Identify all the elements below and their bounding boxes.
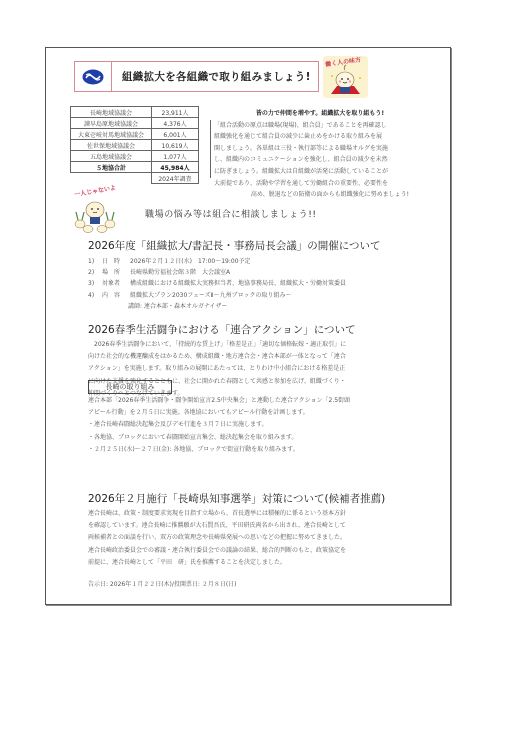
item-label: 対象者 [102, 278, 130, 289]
body-line: 連合長崎政治委員会での審議・連合執行委員会での議論の結果、総合的判断のもと、政策… [88, 545, 440, 557]
body-line: 両候補者との面談を行い、双方の政策理念や長崎県発展への思いなどの把握に努めてきま… [88, 532, 440, 544]
table-row: 佐世保地域協議会 10,619人 [71, 140, 199, 151]
body-line: アクション」を実施します。取り組みの展開にあたっては、とりわけ中小組合における格… [88, 363, 440, 375]
list-item: 3) 対象者 構成組織における組織拡大実務担当者、地協事務局長、組織拡大・労働対… [88, 278, 346, 289]
recruitment-section: 皆の力で仲間を増やす。組織拡大を取り組もう! 「組合活動の原点は職場(現場)、組… [214, 108, 446, 201]
recruitment-line: し、組織内のコミュニケーションを強化し、組合員の減少を未然 [214, 154, 446, 166]
election-dates: 告示日: 2026年１月２２日(木)/投開票日: ２月８日(日) [88, 579, 237, 588]
region-name: 佐世保地域協議会 [71, 140, 152, 151]
body-line: ・２月２５日(水)～２７日(金): 各地協、ブロックで街宣行動を取り組みます。 [88, 444, 440, 456]
member-count: 1,077人 [152, 151, 199, 162]
table-row: 長崎地域協議会 23,911人 [71, 107, 199, 118]
item-number: 2) [88, 267, 102, 278]
item-number: 4) [88, 290, 102, 301]
member-count: 10,619人 [152, 140, 199, 151]
mascot-illustration-top: 働く人の味方 [323, 56, 368, 98]
recruitment-line: 大前提であり、活動や学習を通して労働組合の重要性、必要性を [214, 178, 446, 190]
meeting-title: 2026年度「組織拡大/書記長・事務局長会議」の開催について [88, 238, 381, 253]
election-body: 連合長崎は、政策・制度要求実現を目指す立場から、首長選挙には積極的に係るという基… [88, 508, 440, 569]
item-number: 3) [88, 278, 102, 289]
item-text: 長崎県勤労福祉会館３階 大会議室A [130, 267, 230, 278]
logo-cell [75, 62, 112, 91]
banner: 組織拡大を各組織で取り組みましょう! [74, 61, 319, 92]
total-label: ５地協合計 [71, 162, 152, 173]
recruitment-line: 高め、脱退などの防衛の面からも組織強化に努めましょう! [214, 189, 446, 201]
region-name: 大東壱岐対馬地域協議会 [71, 129, 152, 140]
region-name: 諫早島原地域協議会 [71, 118, 152, 129]
rengo-logo-icon [82, 69, 104, 85]
item-label: 日 時 [102, 256, 130, 267]
recruitment-line: 組織強化を通じて組合員の減少に歯止めをかける取り組みを展 [214, 131, 446, 143]
table-row: 五島地域協議会 1,077人 [71, 151, 199, 162]
nagasaki-body: 連合本部「2026春季生活闘争・闘争開始宣言2.5中央集会」と連動した連合アクシ… [88, 395, 440, 456]
member-count: 4,376人 [152, 118, 199, 129]
body-line: 向けた社会的な機運醸成をはかるため、構成組織・地方連合会・連合本部が一体となって… [88, 351, 440, 363]
region-name: 長崎地域協議会 [71, 107, 152, 118]
item-number: 1) [88, 256, 102, 267]
document-page: 組織拡大を各組織で取り組みましょう! 働く人の味方 長崎地域協議会 23,911… [45, 47, 451, 605]
body-line: 前提に、連合長崎として「平田 研」氏を推薦することを決定しました。 [88, 557, 440, 569]
list-item: 2) 場 所 長崎県勤労福祉会館３階 大会議室A [88, 267, 346, 278]
body-line: 連合長崎は、政策・制度要求実現を目指す立場から、首長選挙には積極的に係るという基… [88, 508, 440, 520]
recruitment-line: に防ぎましょう。組織拡大は自組織が活発に活動していることが [214, 166, 446, 178]
mascot-group-icon [70, 186, 120, 234]
table-row: 大東壱岐対馬地域協議会 6,001人 [71, 129, 199, 140]
table-total-row: ５地協合計 45,984人 [71, 162, 199, 173]
total-count: 45,984人 [152, 162, 199, 173]
list-item: 1) 日 時 2026年２月１２日(水) 17:00～19:00予定 [88, 256, 346, 267]
recruitment-line: 開しましょう。各単組は三役・執行部等による職場オルグを実施 [214, 143, 446, 155]
divider [210, 120, 211, 178]
table-row: 諫早島原地域協議会 4,376人 [71, 118, 199, 129]
lecturer: 講師: 連合本部・森本オルガナイザー [88, 301, 346, 312]
body-line: ・連合長崎春闘総決起集会及びデモ行進を３月７日に実施します。 [88, 419, 440, 431]
nagasaki-box-label: 長崎の取り組み [88, 380, 172, 394]
body-line: アピール行動」を２月５日に実施。各地協においてもアピール行動を計画します。 [88, 407, 440, 419]
body-line: ・各地協、ブロックにおいて春闘開始宣言集会、総決起集会を取り組みます。 [88, 432, 440, 444]
banner-title: 組織拡大を各組織で取り組みましょう! [112, 62, 318, 91]
recruitment-heading: 皆の力で仲間を増やす。組織拡大を取り組もう! [214, 108, 446, 120]
body-line: を確認しています。連合長崎に推薦願が大石賢吾氏、平田研氏両名から出され、連合長崎… [88, 520, 440, 532]
mascot-illustration-bottom: 一人じゃないよ [70, 186, 120, 234]
list-item: 4) 内 容 組織拡大プラン2030フェーズⅡ～九州ブロックの取り組み～ [88, 290, 346, 301]
survey-year-row: 2024年調査 [71, 173, 199, 184]
item-text: 組織拡大プラン2030フェーズⅡ～九州ブロックの取り組み～ [130, 290, 292, 301]
shunto-title: 2026春季生活闘争における「連合アクション」について [88, 322, 356, 337]
empty-cell [71, 173, 152, 184]
item-label: 場 所 [102, 267, 130, 278]
mascot-icon [323, 56, 368, 98]
item-text: 構成組織における組織拡大実務担当者、地協事務局長、組織拡大・労働対策委員 [130, 278, 346, 289]
body-line: 2026春季生活闘争において、「持続的な賃上げ」「格差是正」「適切な価格転嫁・適… [88, 339, 440, 351]
survey-note: 2024年調査 [152, 173, 199, 184]
membership-table: 長崎地域協議会 23,911人 諫早島原地域協議会 4,376人 大東壱岐対馬地… [70, 106, 199, 184]
region-name: 五島地域協議会 [71, 151, 152, 162]
recruitment-line: 「組合活動の原点は職場(現場)、組合員」であることを再確認し [214, 120, 446, 132]
consult-message: 職場の悩み等は組合に相談しましょう!! [145, 207, 317, 220]
election-title: 2026年２月施行「長崎県知事選挙」対策について(候補者推薦) [88, 491, 385, 506]
meeting-details: 1) 日 時 2026年２月１２日(水) 17:00～19:00予定 2) 場 … [88, 256, 346, 312]
item-text: 2026年２月１２日(水) 17:00～19:00予定 [130, 256, 251, 267]
body-line: 連合本部「2026春季生活闘争・闘争開始宣言2.5中央集会」と連動した連合アクシ… [88, 395, 440, 407]
member-count: 23,911人 [152, 107, 199, 118]
item-label: 内 容 [102, 290, 130, 301]
member-count: 6,001人 [152, 129, 199, 140]
